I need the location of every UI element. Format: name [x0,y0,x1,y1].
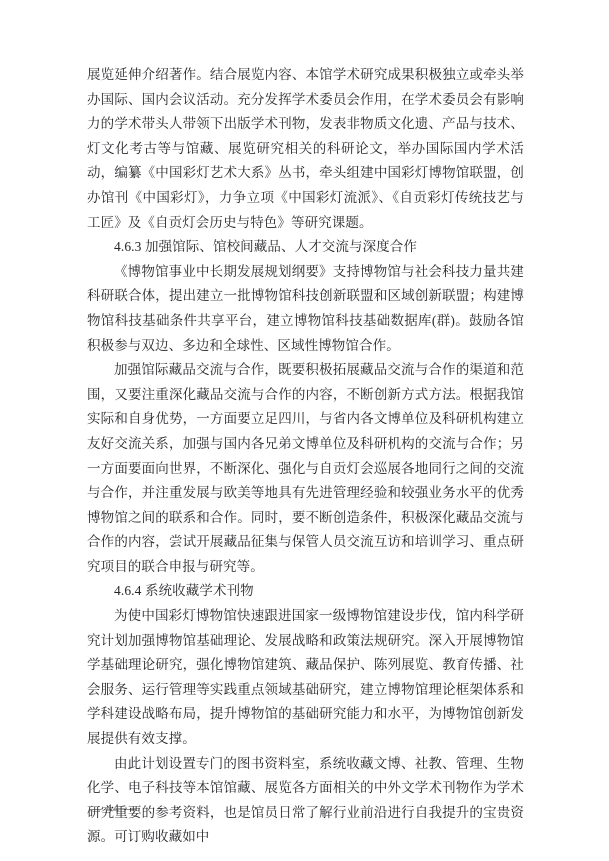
page-footer: — 44 — [89,801,137,816]
document-page: 展览延伸介绍著作。结合展览内容、本馆学术研究成果积极独立或牵头举办国际、国内会议… [0,0,609,861]
page-number: — 44 — [89,801,137,815]
body-paragraph: 加强馆际藏品交流与合作，既要积极拓展藏品交流与合作的渠道和范围，又要注重深化藏品… [87,358,524,579]
body-paragraph: 《博物馆事业中长期发展规划纲要》支持博物馆与社会科技力量共建科研联合体，提出建立… [87,260,524,358]
section-heading: 4.6.3 加强馆际、馆校间藏品、人才交流与深度合作 [87,235,524,260]
document-content: 展览延伸介绍著作。结合展览内容、本馆学术研究成果积极独立或牵头举办国际、国内会议… [87,63,524,850]
body-paragraph: 为使中国彩灯博物馆快速跟进国家一级博物馆建设步伐，馆内科学研究计划加强博物馆基础… [87,604,524,752]
body-paragraph: 展览延伸介绍著作。结合展览内容、本馆学术研究成果积极独立或牵头举办国际、国内会议… [87,63,524,235]
body-paragraph: 由此计划设置专门的图书资料室，系统收藏文博、社教、管理、生物化学、电子科技等本馆… [87,752,524,850]
section-heading: 4.6.4 系统收藏学术刊物 [87,579,524,604]
